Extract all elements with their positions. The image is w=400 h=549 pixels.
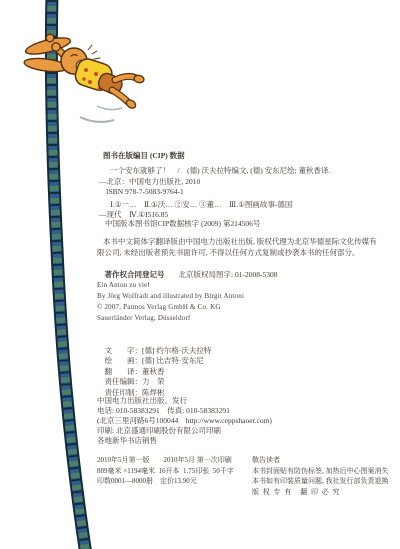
rabbit-hand xyxy=(52,43,60,51)
cip-title-line: 一个安东就够了！ / (德) 沃夫拉特编文, (德) 安东尼绘; 董秋香译. xyxy=(110,166,330,175)
distribution-line: 各地新华书店销售 xyxy=(97,436,157,445)
publisher-phone-line: 电话: 010-58383291 传真: 010-58383291 xyxy=(97,406,230,415)
motion-lines xyxy=(80,106,122,122)
cip-publisher-line: —北京：中国电力出版社, 2010 xyxy=(99,177,200,186)
reader-notice-line1: 本书封面贴有防伪标签, 加热后中心图案消失 xyxy=(252,467,389,476)
book-copyright-page: 图书在版编目 (CIP) 数据 一个安东就够了！ / (德) 沃夫拉特编文, (… xyxy=(0,0,400,549)
original-author-line: By Jörg Wolfradt and illustrated by Birg… xyxy=(97,292,244,301)
cip-classification-line2: —现代 Ⅳ.①I516.85 xyxy=(99,210,168,219)
cip-header: 图书在版编目 (CIP) 数据 xyxy=(103,151,185,160)
printer-line: 印刷: 北京盛通印刷股份有限公司印刷 xyxy=(97,426,221,435)
rights-notice-line1: 本书中文简体字翻译版由中国电力出版社出版, 版权代理为北京华德星际文化传媒有 xyxy=(103,237,377,246)
whiskers xyxy=(88,45,100,59)
rights-notice-line2: 限公司, 未经出版者预先书面许可, 不得以任何方式复制或抄袭本书的任何部分。 xyxy=(97,248,360,257)
format-line: 889毫米 ×1194毫米 16开本 1.75印张 50千字 xyxy=(97,467,234,476)
cip-record-number: 中国版本图书馆CIP数据核字 (2009) 第214506号 xyxy=(105,219,260,228)
registration-value: 北京版权局图字: 01-2008-5308 xyxy=(179,270,278,279)
registration-label: 著作权合同登记号 xyxy=(105,270,165,279)
publisher-line: 中国电力出版社出版、发行 xyxy=(97,396,187,405)
edition-line: 2010年5月第一版 2010年5月 第一次印刷 xyxy=(97,456,232,465)
cip-isbn-line: ISBN 978-7-5083-9764-1 xyxy=(106,187,184,196)
original-publisher-line: Sauerländer Verlag, Düsseldorf xyxy=(97,314,191,323)
print-run-price-line: 印数0001—8000册 定价13.90元 xyxy=(97,477,197,486)
reader-notice-line2: 本书如有印装质量问题, 我社发行部负责退换 xyxy=(252,477,389,486)
all-rights-reserved-line: 版 权 专 有 翻 印 必 究 xyxy=(252,488,341,497)
publisher-address-line: (北京三里河路6号100044 http://www.ceppshaoer.co… xyxy=(97,416,272,425)
original-title: Ein Anton zu viel xyxy=(97,281,150,290)
reader-notice-title: 敬告读者 xyxy=(252,456,280,465)
rabbit-hand xyxy=(46,34,54,42)
cip-classification-line: Ⅰ.①一… Ⅱ.①沃… ②安… ③董… Ⅲ.①图画故事-德国 xyxy=(110,200,292,209)
original-copyright-line: © 2007, Patmos Verlag GmbH & Co. KG xyxy=(97,303,221,312)
rabbit-foot xyxy=(133,74,144,83)
rabbit-character xyxy=(23,34,144,110)
